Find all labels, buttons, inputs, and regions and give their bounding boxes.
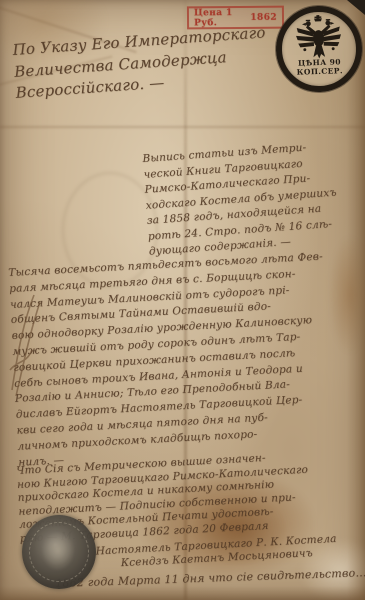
scanned-document: Цена 1 Руб. 1862 xyxy=(0,0,365,600)
fold-crease-horizontal xyxy=(0,126,365,128)
margin-pen-mark xyxy=(4,290,48,402)
record-body-paragraph: Тысяча восемьсотъ пятьдесятъ восьмого лѣ… xyxy=(8,247,365,471)
extract-title-paragraph: Выпись статьи изъ Метри- ческой Книги Та… xyxy=(142,137,365,261)
church-seal xyxy=(22,515,96,589)
